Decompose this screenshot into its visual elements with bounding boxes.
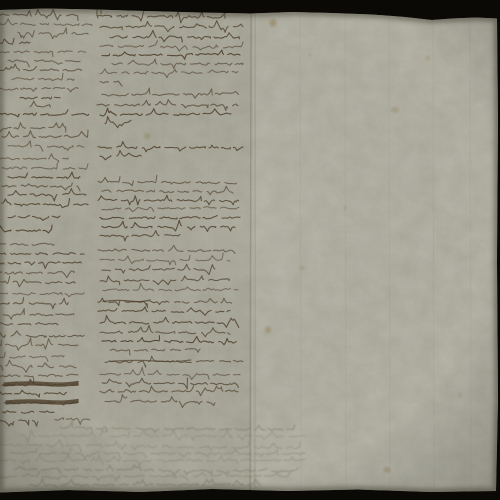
vignette	[0, 0, 500, 500]
manuscript-page-scan	[0, 0, 500, 500]
scan-background	[0, 0, 500, 500]
